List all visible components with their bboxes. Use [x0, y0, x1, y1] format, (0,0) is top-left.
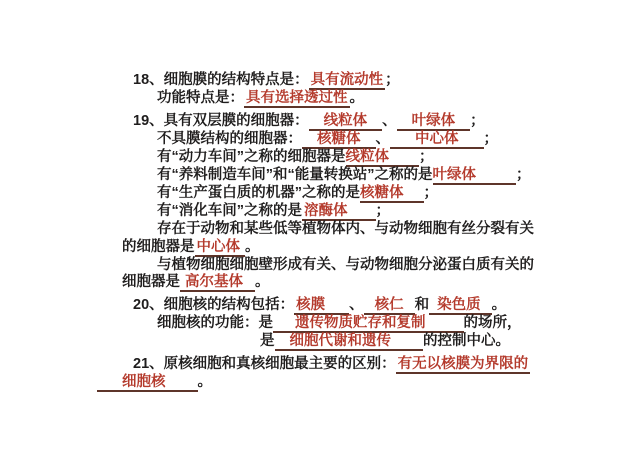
text-line: 有“养料制造车间”和“能量转换站”之称的是叶绿体； — [157, 167, 622, 185]
text-segment: 功能特点是： — [157, 90, 244, 106]
text-line: 18、细胞膜的结构特点是：具有流动性； — [133, 72, 622, 90]
text-segment: 是 — [260, 333, 275, 349]
document-content: 18、细胞膜的结构特点是：具有流动性；功能特点是：具有选择透过性。19、具有双层… — [122, 72, 622, 397]
text-line: 19、具有双层膜的细胞器：线粒体、叶绿体； — [133, 113, 622, 131]
text-line: 20、细胞核的结构包括：核膜、核仁和染色质。 — [133, 297, 622, 315]
text-segment: 有“消化车间”之称的是 — [157, 203, 302, 219]
text-segment: 。 — [245, 239, 260, 255]
text-line: 21、原核细胞和真核细胞最主要的区别：有无以核膜为界限的 — [133, 356, 622, 374]
text-line: 与植物细胞细胞壁形成有关、与动物细胞分泌蛋白质有关的 — [157, 257, 622, 275]
text-segment: 的细胞器是 — [122, 239, 195, 255]
text-segment: ； — [385, 72, 400, 88]
question-section-21: 21、原核细胞和真核细胞最主要的区别：有无以核膜为界限的细胞核。 — [122, 356, 622, 392]
text-segment: 不具膜结构的细胞器： — [157, 131, 302, 147]
text-segment: 、 — [349, 297, 364, 313]
text-segment: 与植物细胞细胞壁形成有关、与动物细胞分泌蛋白质有关的 — [157, 257, 534, 273]
answer-blank: 核膜 — [294, 298, 349, 315]
answer-blank: 中心体 — [390, 132, 484, 149]
answer-blank: 线粒体 — [346, 150, 420, 167]
text-segment: 18、细胞膜的结构特点是： — [133, 72, 309, 88]
scanned-notes-page: 18、细胞膜的结构特点是：具有流动性；功能特点是：具有选择透过性。19、具有双层… — [0, 0, 640, 453]
text-line: 不具膜结构的细胞器：核糖体、中心体； — [157, 131, 622, 149]
text-segment: ； — [424, 185, 439, 201]
text-segment: ； — [376, 203, 391, 219]
text-line: 细胞器是高尔基体。 — [122, 274, 622, 292]
text-segment: 。 — [255, 274, 270, 290]
answer-blank: 核糖体 — [360, 186, 424, 203]
text-segment: 细胞核的功能：是 — [157, 315, 273, 331]
answer-blank: 中心体 — [195, 240, 246, 257]
text-line: 的细胞器是中心体。 — [122, 239, 622, 257]
answer-blank: 叶绿体 — [397, 114, 471, 131]
answer-blank: 溶酶体 — [302, 204, 376, 221]
text-line: 细胞核的功能：是遗传物质贮存和复制的场所， — [157, 315, 622, 333]
text-segment: 、 — [382, 113, 397, 129]
text-segment: 存在于动物和某些低等植物体内、与动物细胞有丝分裂有关 — [157, 221, 534, 237]
text-line: 细胞核。 — [97, 374, 622, 392]
answer-blank: 具有选择透过性 — [244, 91, 350, 108]
text-segment: 19、具有双层膜的细胞器： — [133, 113, 309, 129]
text-segment: 。 — [350, 90, 365, 106]
text-segment: 的场所， — [464, 315, 522, 331]
answer-blank: 线粒体 — [309, 114, 383, 131]
answer-blank: 具有流动性 — [309, 73, 386, 90]
text-line: 有“动力车间”之称的细胞器是线粒体； — [157, 149, 622, 167]
answer-blank: 核糖体 — [302, 132, 376, 149]
text-segment: 。 — [198, 374, 213, 390]
text-segment: ； — [419, 149, 434, 165]
text-line: 有“消化车间”之称的是溶酶体； — [157, 203, 622, 221]
text-segment: ； — [516, 167, 531, 183]
text-line: 存在于动物和某些低等植物体内、与动物细胞有丝分裂有关 — [157, 221, 622, 239]
text-segment: 的控制中心。 — [423, 333, 510, 349]
text-segment: 21、原核细胞和真核细胞最主要的区别： — [133, 356, 396, 372]
answer-blank: 核仁 — [364, 298, 415, 315]
text-segment: 和 — [415, 297, 430, 313]
answer-blank: 细胞核 — [97, 375, 198, 392]
text-segment: 细胞器是 — [122, 274, 180, 290]
text-segment: 有“养料制造车间”和“能量转换站”之称的是 — [157, 167, 433, 183]
text-line: 有“生产蛋白质的机器”之称的是核糖体； — [157, 185, 622, 203]
answer-blank: 遗传物质贮存和复制 — [273, 316, 464, 333]
answer-blank: 细胞代谢和遗传 — [275, 334, 424, 351]
text-segment: 有“生产蛋白质的机器”之称的是 — [157, 185, 360, 201]
answer-blank: 高尔基体 — [180, 275, 255, 292]
question-section-18: 18、细胞膜的结构特点是：具有流动性；功能特点是：具有选择透过性。 — [122, 72, 622, 108]
text-segment: ； — [484, 131, 499, 147]
text-segment: 有“动力车间”之称的细胞器是 — [157, 149, 346, 165]
text-segment: 20、细胞核的结构包括： — [133, 297, 294, 313]
text-segment: 。 — [492, 297, 507, 313]
answer-blank: 叶绿体 — [433, 168, 517, 185]
question-section-20: 20、细胞核的结构包括：核膜、核仁和染色质。细胞核的功能：是遗传物质贮存和复制的… — [122, 297, 622, 351]
text-segment: ； — [470, 113, 485, 129]
answer-blank: 染色质 — [429, 298, 492, 315]
question-section-19: 19、具有双层膜的细胞器：线粒体、叶绿体；不具膜结构的细胞器：核糖体、中心体；有… — [122, 113, 622, 292]
answer-blank: 有无以核膜为界限的 — [396, 357, 531, 374]
text-line: 功能特点是：具有选择透过性。 — [157, 90, 622, 108]
text-line: 是细胞代谢和遗传的控制中心。 — [260, 333, 622, 351]
text-segment: 、 — [376, 131, 391, 147]
